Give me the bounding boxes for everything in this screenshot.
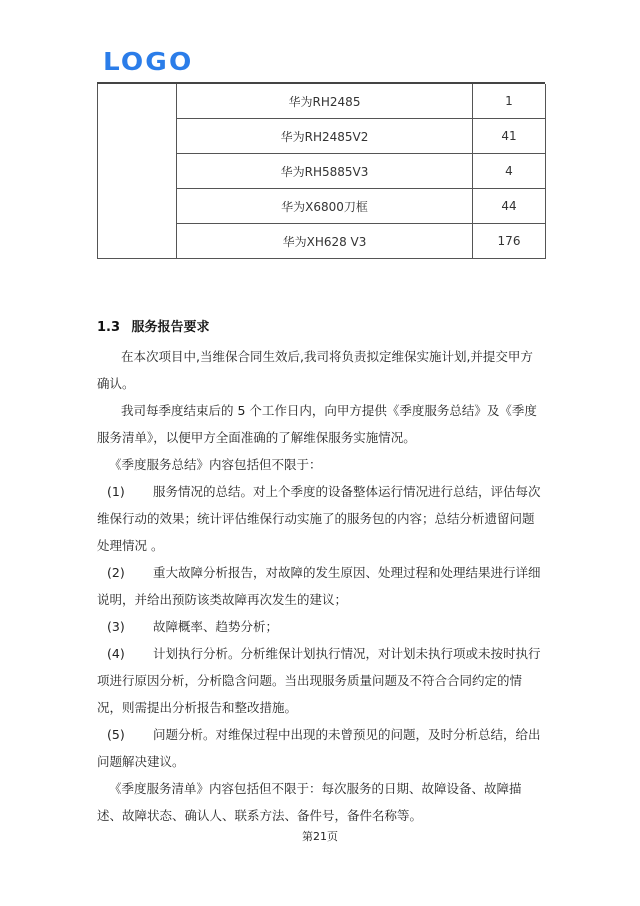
- list-item: (1)服务情况的总结。对上个季度的设备整体运行情况进行总结，评估每次维保行动的效…: [97, 478, 545, 559]
- table-cell-model: 华为RH2485: [177, 84, 473, 119]
- table-cell-count: 1: [473, 84, 546, 119]
- table-cell-model: 华为X6800刀框: [177, 189, 473, 224]
- table-cell-count: 44: [473, 189, 546, 224]
- table-cell-count: 41: [473, 119, 546, 154]
- list-number: (1): [97, 478, 153, 505]
- paragraph: 《季度服务总结》内容包括但不限于：: [97, 451, 545, 478]
- page-number: 第21页: [0, 828, 640, 844]
- list-item: (2)重大故障分析报告，对故障的发生原因、处理过程和处理结果进行详细说明，并给出…: [97, 559, 545, 613]
- paragraph: 在本次项目中,当维保合同生效后,我司将负责拟定维保实施计划,并提交甲方确认。: [97, 343, 545, 397]
- logo: LOGO: [103, 49, 193, 75]
- table-cell-model: 华为RH5885V3: [177, 154, 473, 189]
- table-row: 华为RH2485 1: [98, 84, 546, 119]
- list-text: 故障概率、趋势分析；: [153, 619, 278, 634]
- list-number: (2): [97, 559, 153, 586]
- list-item: (4)计划执行分析。分析维保计划执行情况，对计划未执行项或未按时执行项进行原因分…: [97, 640, 545, 721]
- list-item: (3)故障概率、趋势分析；: [97, 613, 545, 640]
- table-cell-group: [98, 84, 177, 259]
- section-body: 在本次项目中,当维保合同生效后,我司将负责拟定维保实施计划,并提交甲方确认。 我…: [97, 343, 545, 829]
- list-text: 服务情况的总结。对上个季度的设备整体运行情况进行总结，评估每次维保行动的效果；统…: [97, 484, 541, 553]
- paragraph: 《季度服务清单》内容包括但不限于：每次服务的日期、故障设备、故障描述、故障状态、…: [97, 775, 545, 829]
- list-text: 计划执行分析。分析维保计划执行情况，对计划未执行项或未按时执行项进行原因分析，分…: [97, 646, 541, 715]
- device-inventory-table: 华为RH2485 1 华为RH2485V2 41 华为RH5885V3 4 华为…: [97, 84, 546, 259]
- table-cell-model: 华为RH2485V2: [177, 119, 473, 154]
- table-cell-count: 4: [473, 154, 546, 189]
- list-text: 问题分析。对维保过程中出现的未曾预见的问题，及时分析总结，给出问题解决建议。: [97, 727, 541, 769]
- table-cell-model: 华为XH628 V3: [177, 224, 473, 259]
- section-title: 服务报告要求: [132, 320, 210, 335]
- list-text: 重大故障分析报告，对故障的发生原因、处理过程和处理结果进行详细说明，并给出预防该…: [97, 565, 541, 607]
- list-number: (3): [97, 613, 153, 640]
- paragraph: 我司每季度结束后的 5 个工作日内，向甲方提供《季度服务总结》及《季度服务清单》…: [97, 397, 545, 451]
- section-heading: 1.3 服务报告要求: [97, 316, 210, 335]
- list-number: (5): [97, 721, 153, 748]
- list-number: (4): [97, 640, 153, 667]
- list-item: (5)问题分析。对维保过程中出现的未曾预见的问题，及时分析总结，给出问题解决建议…: [97, 721, 545, 775]
- section-number: 1.3: [97, 320, 127, 335]
- table-cell-count: 176: [473, 224, 546, 259]
